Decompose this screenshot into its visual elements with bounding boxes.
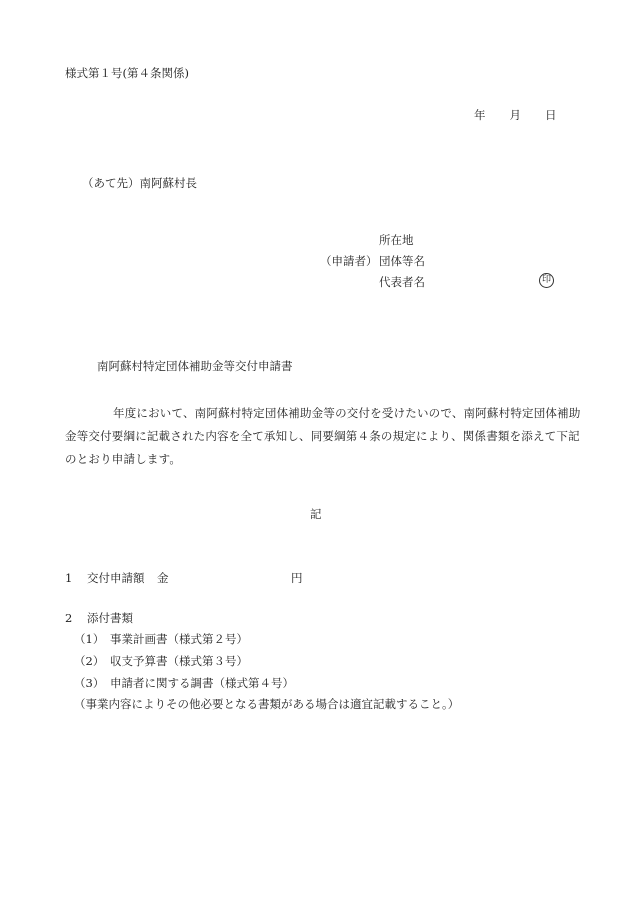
year-label: 年 [474,110,486,122]
representative-label: 代表者名 [379,277,425,289]
attachment-note: （事業内容によりその他必要となる書類がある場合は適宜記載すること。） [74,699,459,711]
amount-prefix: 金 [157,573,291,585]
attachment-number: （2） [74,656,110,668]
item-number: 1 [65,573,87,585]
item-label: 交付申請額 [87,573,157,585]
item-grant-amount: 1交付申請額金円 [65,573,303,585]
attachment-number: （3） [74,678,110,690]
addressee: （あて先）南阿蘇村長 [82,178,197,190]
organization-label: 団体等名 [379,256,425,268]
attachment-text: 申請者に関する調書（様式第４号） [110,676,294,690]
attachment-item: （2）収支予算書（様式第３号） [74,656,248,668]
form-number: 様式第１号(第４条関係) [65,68,189,80]
item-label: 添付書類 [87,611,133,625]
date-line: 年月日 [474,110,557,122]
attachment-text: 事業計画書（様式第２号） [110,632,248,646]
ki-heading: 記 [310,509,322,521]
attachment-number: （1） [74,634,110,646]
amount-suffix: 円 [291,571,303,585]
seal-icon: 印 [539,273,554,288]
item-number: 2 [65,613,87,625]
month-label: 月 [510,110,522,122]
applicant-label: （申請者） [320,256,378,268]
document-title: 南阿蘇村特定団体補助金等交付申請書 [97,361,293,373]
attachment-item: （1）事業計画書（様式第２号） [74,634,248,646]
attachment-item: （3）申請者に関する調書（様式第４号） [74,678,294,690]
item-attachments: 2添付書類 [65,613,133,625]
attachment-text: 収支予算書（様式第３号） [110,654,248,668]
body-paragraph: 年度において、南阿蘇村特定団体補助金等の交付を受けたいので、南阿蘇村特定団体補助… [65,402,585,471]
address-label: 所在地 [379,235,414,247]
day-label: 日 [545,110,557,122]
